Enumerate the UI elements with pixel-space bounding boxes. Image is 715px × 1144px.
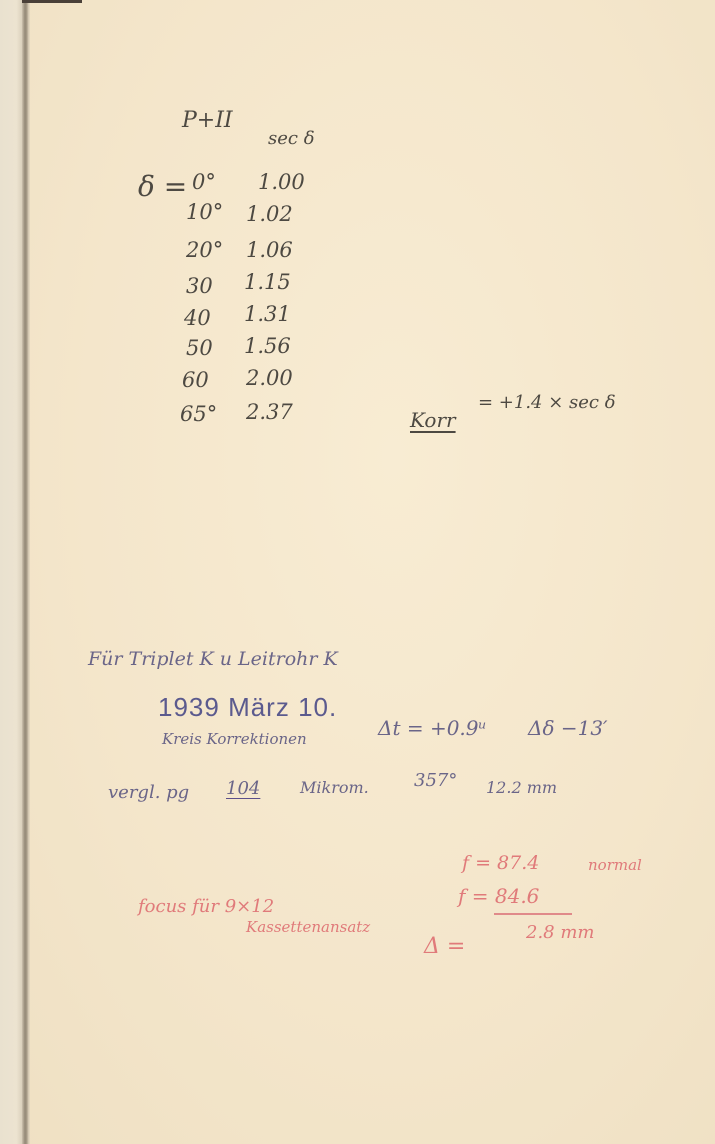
- sec-value: 1.00: [258, 170, 305, 194]
- sec-value: 1.56: [244, 334, 291, 358]
- delta-value: 50: [186, 336, 213, 360]
- correction-formula: = +1.4 × sec δ: [478, 392, 616, 413]
- delta-value: 60: [182, 368, 209, 392]
- date-stamp: 1939 März 10.: [158, 692, 337, 723]
- sec-value: 1.06: [246, 238, 293, 262]
- focal-length-normal: f = 87.4: [462, 852, 539, 874]
- sec-value: 2.00: [246, 366, 293, 390]
- mikrometer-label: Mikrom.: [300, 778, 369, 797]
- delta-delta-value: Δδ −13′: [528, 716, 608, 740]
- delta-symbol: Δ =: [424, 934, 465, 959]
- focus-note-line1: focus für 9×12: [138, 896, 274, 917]
- delta-value: 20°: [186, 238, 223, 262]
- vergl-prefix: vergl. pg: [108, 782, 189, 803]
- mikrometer-value: 12.2 mm: [486, 778, 557, 797]
- column-header-sec: sec δ: [268, 128, 315, 149]
- sec-value: 1.02: [246, 202, 293, 226]
- triplet-note: Für Triplet K u Leitrohr K: [88, 648, 338, 670]
- notebook-page: P+II sec δ δ = 0° 1.00 10° 1.02 20° 1.06…: [0, 0, 715, 1144]
- sec-value: 1.15: [244, 270, 291, 294]
- delta-value: 0°: [192, 170, 216, 194]
- kreis-korrektionen-label: Kreis Korrektionen: [162, 730, 307, 748]
- page-top-edge: [22, 0, 82, 3]
- correction-label: Korr: [410, 408, 456, 432]
- binding-shadow: [22, 0, 28, 1144]
- mikrometer-angle: 357°: [414, 770, 457, 791]
- header-label: P+II: [182, 108, 233, 133]
- focus-note-line2: Kassettenansatz: [246, 918, 370, 936]
- subtraction-rule: [494, 913, 572, 915]
- sec-value: 1.31: [244, 302, 291, 326]
- page-reference: 104: [226, 778, 260, 799]
- focal-difference: 2.8 mm: [526, 922, 594, 943]
- normal-label: normal: [588, 856, 642, 874]
- delta-t-value: Δt = +0.9ᵘ: [378, 716, 487, 740]
- sec-value: 2.37: [246, 400, 293, 424]
- delta-value: 10°: [186, 200, 223, 224]
- delta-value: 40: [184, 306, 211, 330]
- delta-value: 65°: [180, 402, 217, 426]
- delta-value: 30: [186, 274, 213, 298]
- focal-length-other: f = 84.6: [458, 884, 539, 908]
- delta-variable-label: δ =: [138, 170, 187, 203]
